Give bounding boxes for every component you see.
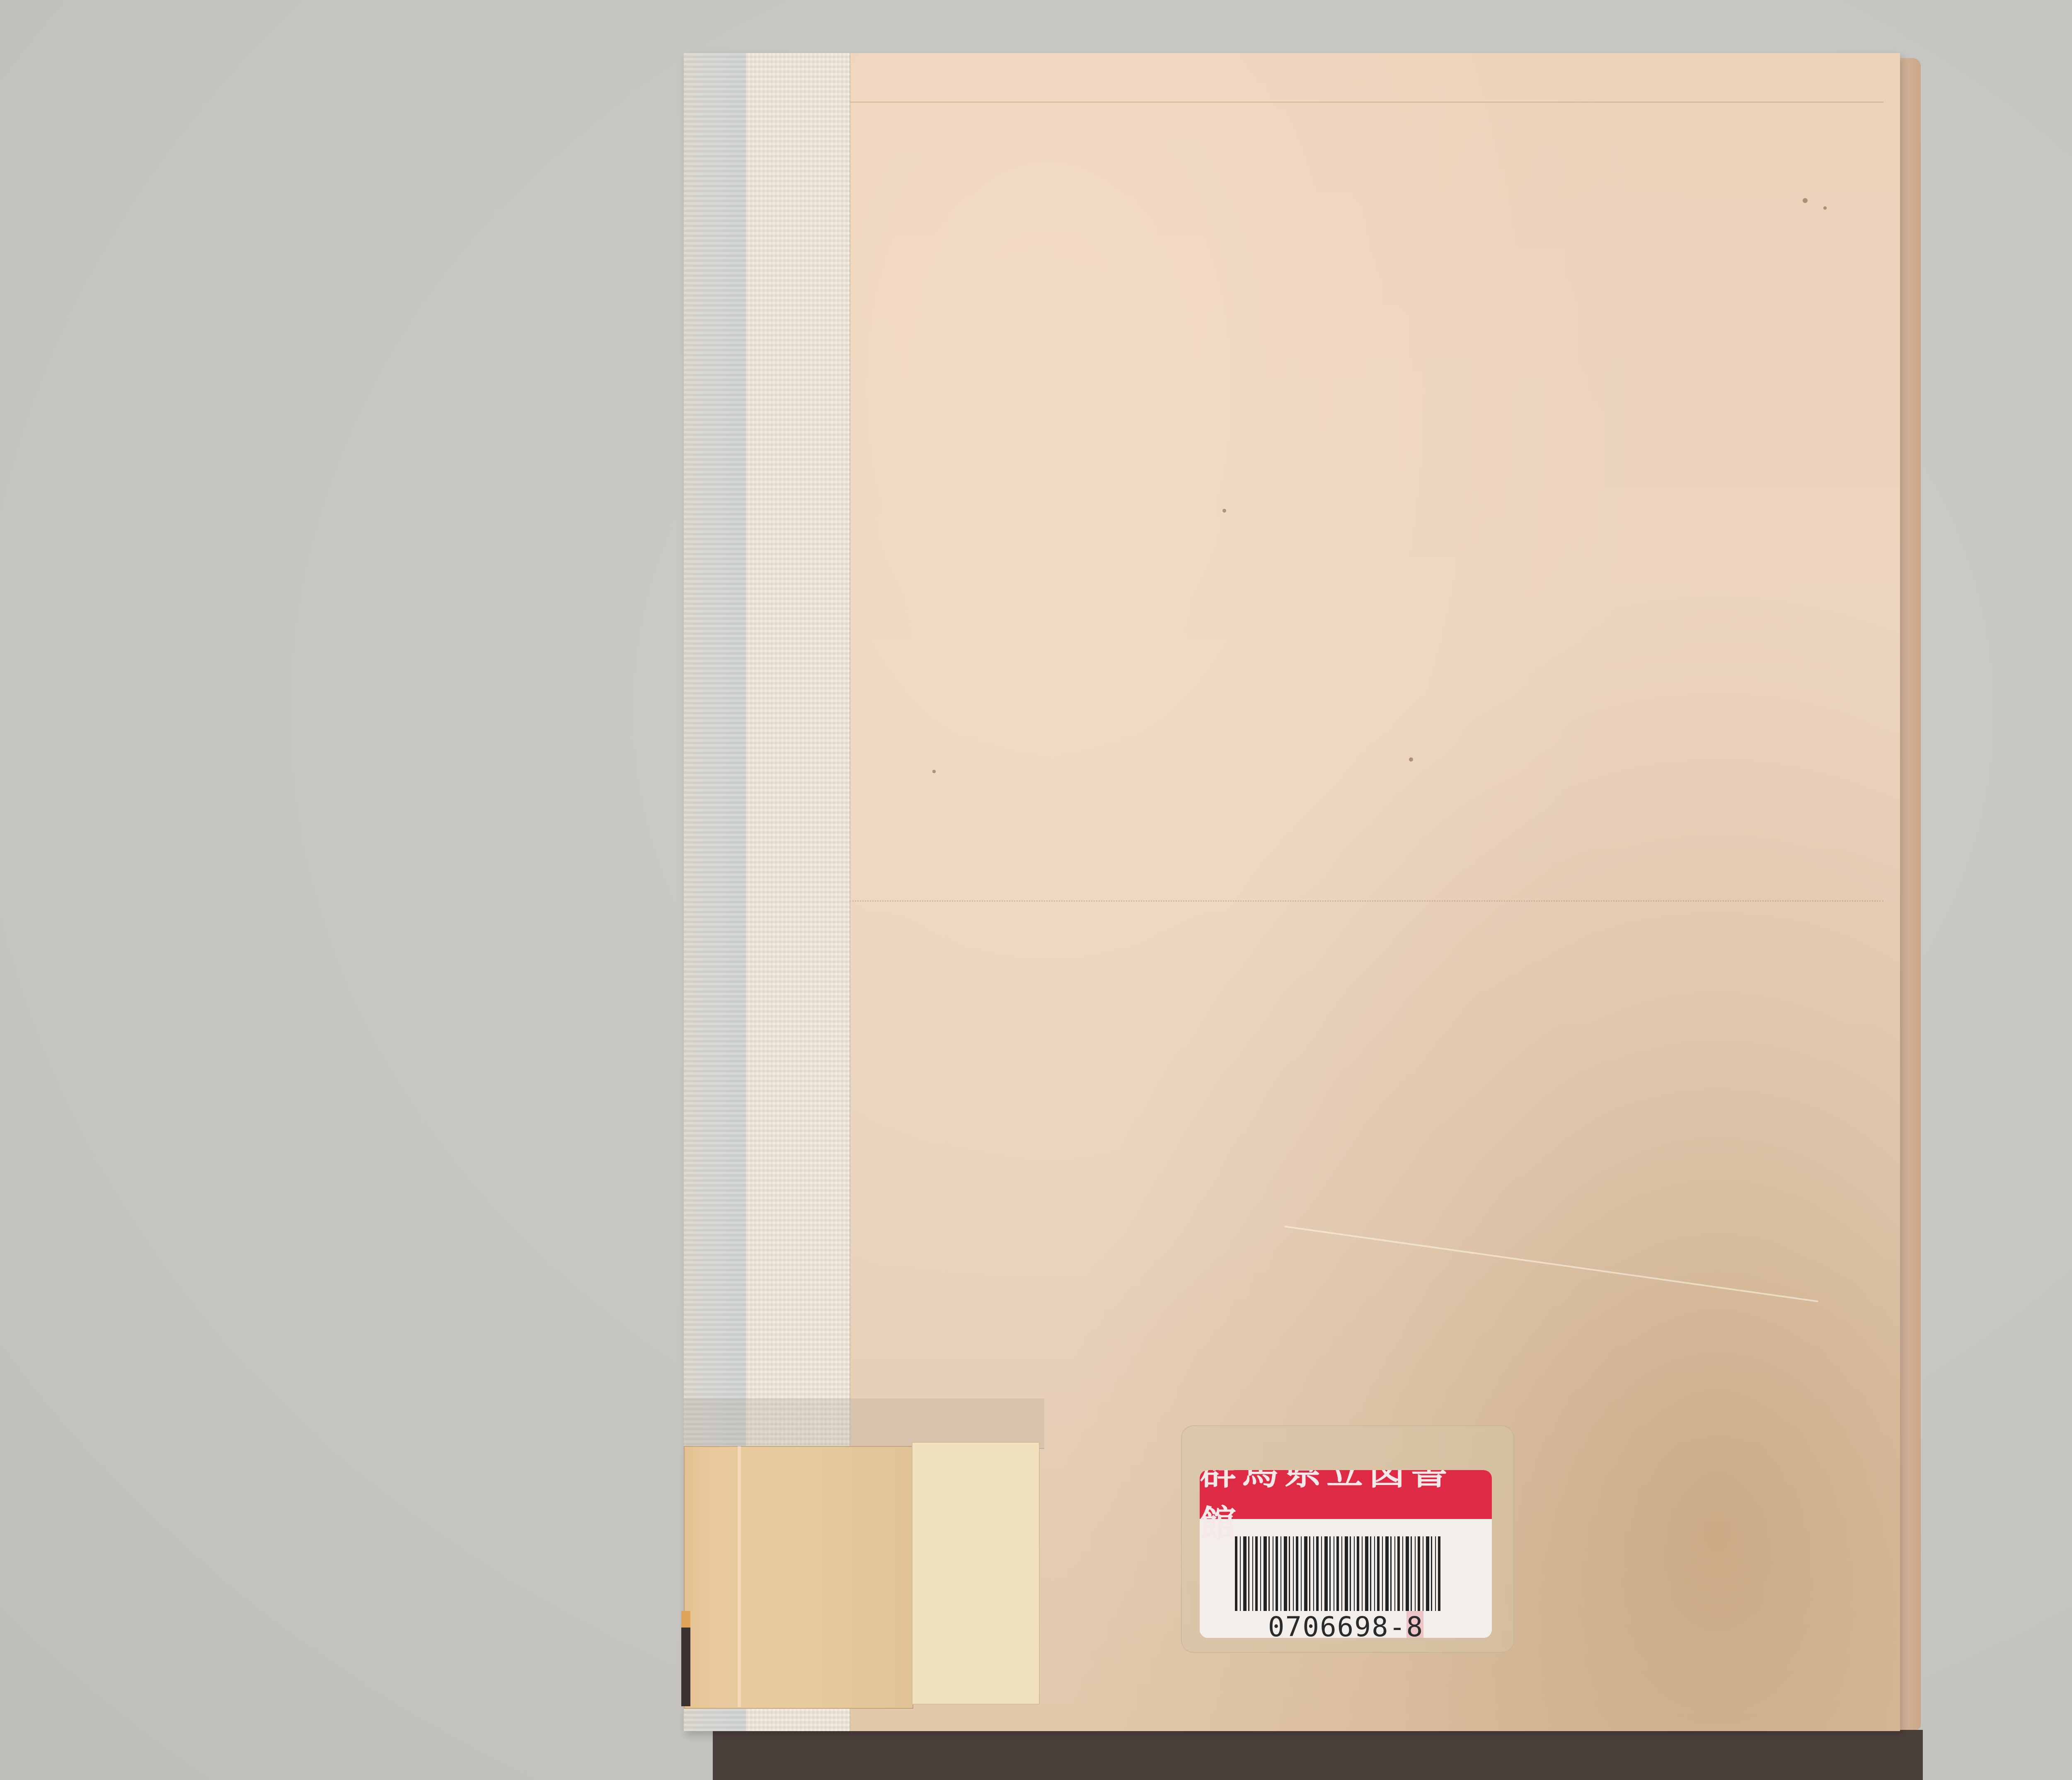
cover-crease	[1285, 1226, 1818, 1302]
barcode-icon	[1235, 1536, 1442, 1611]
library-barcode-label: 群馬県立図書館 0706698-8	[1200, 1470, 1492, 1638]
library-name-band: 群馬県立図書館	[1200, 1470, 1492, 1519]
translucent-tape-upper	[684, 1398, 1044, 1449]
cover-fold-line	[850, 102, 1883, 103]
foxing-spot	[1222, 509, 1226, 513]
foxing-spot	[932, 770, 936, 773]
foxing-spot	[1803, 198, 1808, 203]
barcode-number: 0706698-8	[1200, 1611, 1492, 1638]
foxing-spot	[1409, 757, 1413, 762]
foxing-spot	[1823, 206, 1827, 210]
barcode-digits: 0706698-	[1268, 1611, 1406, 1638]
barcode-check-digit: 8	[1406, 1611, 1424, 1638]
book-back-cover: 群馬県立図書館 0706698-8	[684, 53, 1900, 1731]
faint-dotted-line	[850, 900, 1883, 902]
yellowed-tape-repair	[684, 1446, 913, 1709]
paper-slip	[912, 1442, 1040, 1705]
display-stand	[713, 1730, 1923, 1780]
tape-fold	[738, 1446, 741, 1707]
spine-call-number-tag	[681, 1611, 690, 1706]
